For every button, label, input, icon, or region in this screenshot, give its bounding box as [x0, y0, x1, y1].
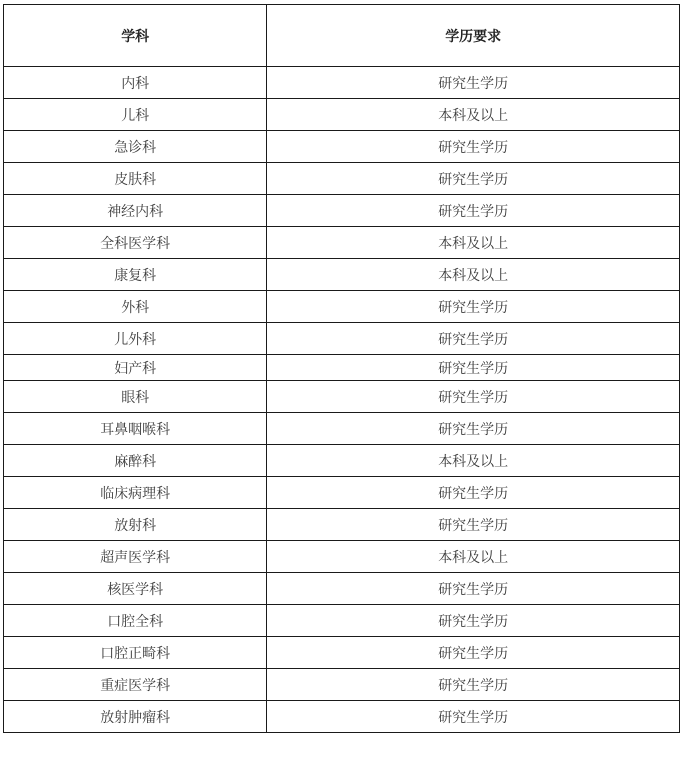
- table-row: 全科医学科 本科及以上: [4, 227, 680, 259]
- requirement-cell: 研究生学历: [267, 381, 680, 413]
- subject-cell: 外科: [4, 291, 267, 323]
- header-requirement: 学历要求: [267, 5, 680, 67]
- requirement-cell: 研究生学历: [267, 163, 680, 195]
- table-row: 口腔全科 研究生学历: [4, 605, 680, 637]
- subject-cell: 放射肿瘤科: [4, 701, 267, 733]
- requirement-cell: 研究生学历: [267, 195, 680, 227]
- table-row: 临床病理科 研究生学历: [4, 477, 680, 509]
- subject-cell: 核医学科: [4, 573, 267, 605]
- subject-cell: 麻醉科: [4, 445, 267, 477]
- requirement-cell: 本科及以上: [267, 445, 680, 477]
- subject-cell: 康复科: [4, 259, 267, 291]
- header-subject: 学科: [4, 5, 267, 67]
- table-row: 麻醉科 本科及以上: [4, 445, 680, 477]
- table-header-row: 学科 学历要求: [4, 5, 680, 67]
- subject-cell: 皮肤科: [4, 163, 267, 195]
- table-row: 耳鼻咽喉科 研究生学历: [4, 413, 680, 445]
- table-row: 超声医学科 本科及以上: [4, 541, 680, 573]
- subject-cell: 全科医学科: [4, 227, 267, 259]
- subject-cell: 耳鼻咽喉科: [4, 413, 267, 445]
- subject-cell: 儿外科: [4, 323, 267, 355]
- subject-cell: 急诊科: [4, 131, 267, 163]
- subject-cell: 眼科: [4, 381, 267, 413]
- table-row: 儿外科 研究生学历: [4, 323, 680, 355]
- subject-cell: 口腔正畸科: [4, 637, 267, 669]
- table-row: 内科 研究生学历: [4, 67, 680, 99]
- subject-cell: 内科: [4, 67, 267, 99]
- requirement-cell: 研究生学历: [267, 477, 680, 509]
- requirement-cell: 研究生学历: [267, 509, 680, 541]
- table-row: 神经内科 研究生学历: [4, 195, 680, 227]
- requirement-cell: 研究生学历: [267, 701, 680, 733]
- table-row: 急诊科 研究生学历: [4, 131, 680, 163]
- requirement-cell: 研究生学历: [267, 131, 680, 163]
- subject-cell: 口腔全科: [4, 605, 267, 637]
- requirement-cell: 研究生学历: [267, 291, 680, 323]
- table-row: 儿科 本科及以上: [4, 99, 680, 131]
- subject-cell: 超声医学科: [4, 541, 267, 573]
- requirement-cell: 研究生学历: [267, 413, 680, 445]
- table-row: 核医学科 研究生学历: [4, 573, 680, 605]
- requirement-cell: 本科及以上: [267, 259, 680, 291]
- table-row: 康复科 本科及以上: [4, 259, 680, 291]
- table-row: 口腔正畸科 研究生学历: [4, 637, 680, 669]
- subject-cell: 儿科: [4, 99, 267, 131]
- requirement-cell: 研究生学历: [267, 355, 680, 381]
- requirement-cell: 研究生学历: [267, 323, 680, 355]
- requirement-cell: 本科及以上: [267, 227, 680, 259]
- table-row: 眼科 研究生学历: [4, 381, 680, 413]
- subject-cell: 放射科: [4, 509, 267, 541]
- table-row: 皮肤科 研究生学历: [4, 163, 680, 195]
- requirement-cell: 研究生学历: [267, 669, 680, 701]
- education-requirements-table: 学科 学历要求 内科 研究生学历 儿科 本科及以上 急诊科 研究生学历 皮肤科 …: [3, 4, 680, 733]
- table-row: 重症医学科 研究生学历: [4, 669, 680, 701]
- requirement-cell: 研究生学历: [267, 67, 680, 99]
- table-row: 放射肿瘤科 研究生学历: [4, 701, 680, 733]
- subject-cell: 临床病理科: [4, 477, 267, 509]
- table-row: 外科 研究生学历: [4, 291, 680, 323]
- requirement-cell: 研究生学历: [267, 573, 680, 605]
- requirement-cell: 研究生学历: [267, 605, 680, 637]
- subject-cell: 妇产科: [4, 355, 267, 381]
- subject-cell: 重症医学科: [4, 669, 267, 701]
- table-row: 妇产科 研究生学历: [4, 355, 680, 381]
- subject-cell: 神经内科: [4, 195, 267, 227]
- table-row: 放射科 研究生学历: [4, 509, 680, 541]
- requirement-cell: 本科及以上: [267, 541, 680, 573]
- requirement-cell: 本科及以上: [267, 99, 680, 131]
- requirement-cell: 研究生学历: [267, 637, 680, 669]
